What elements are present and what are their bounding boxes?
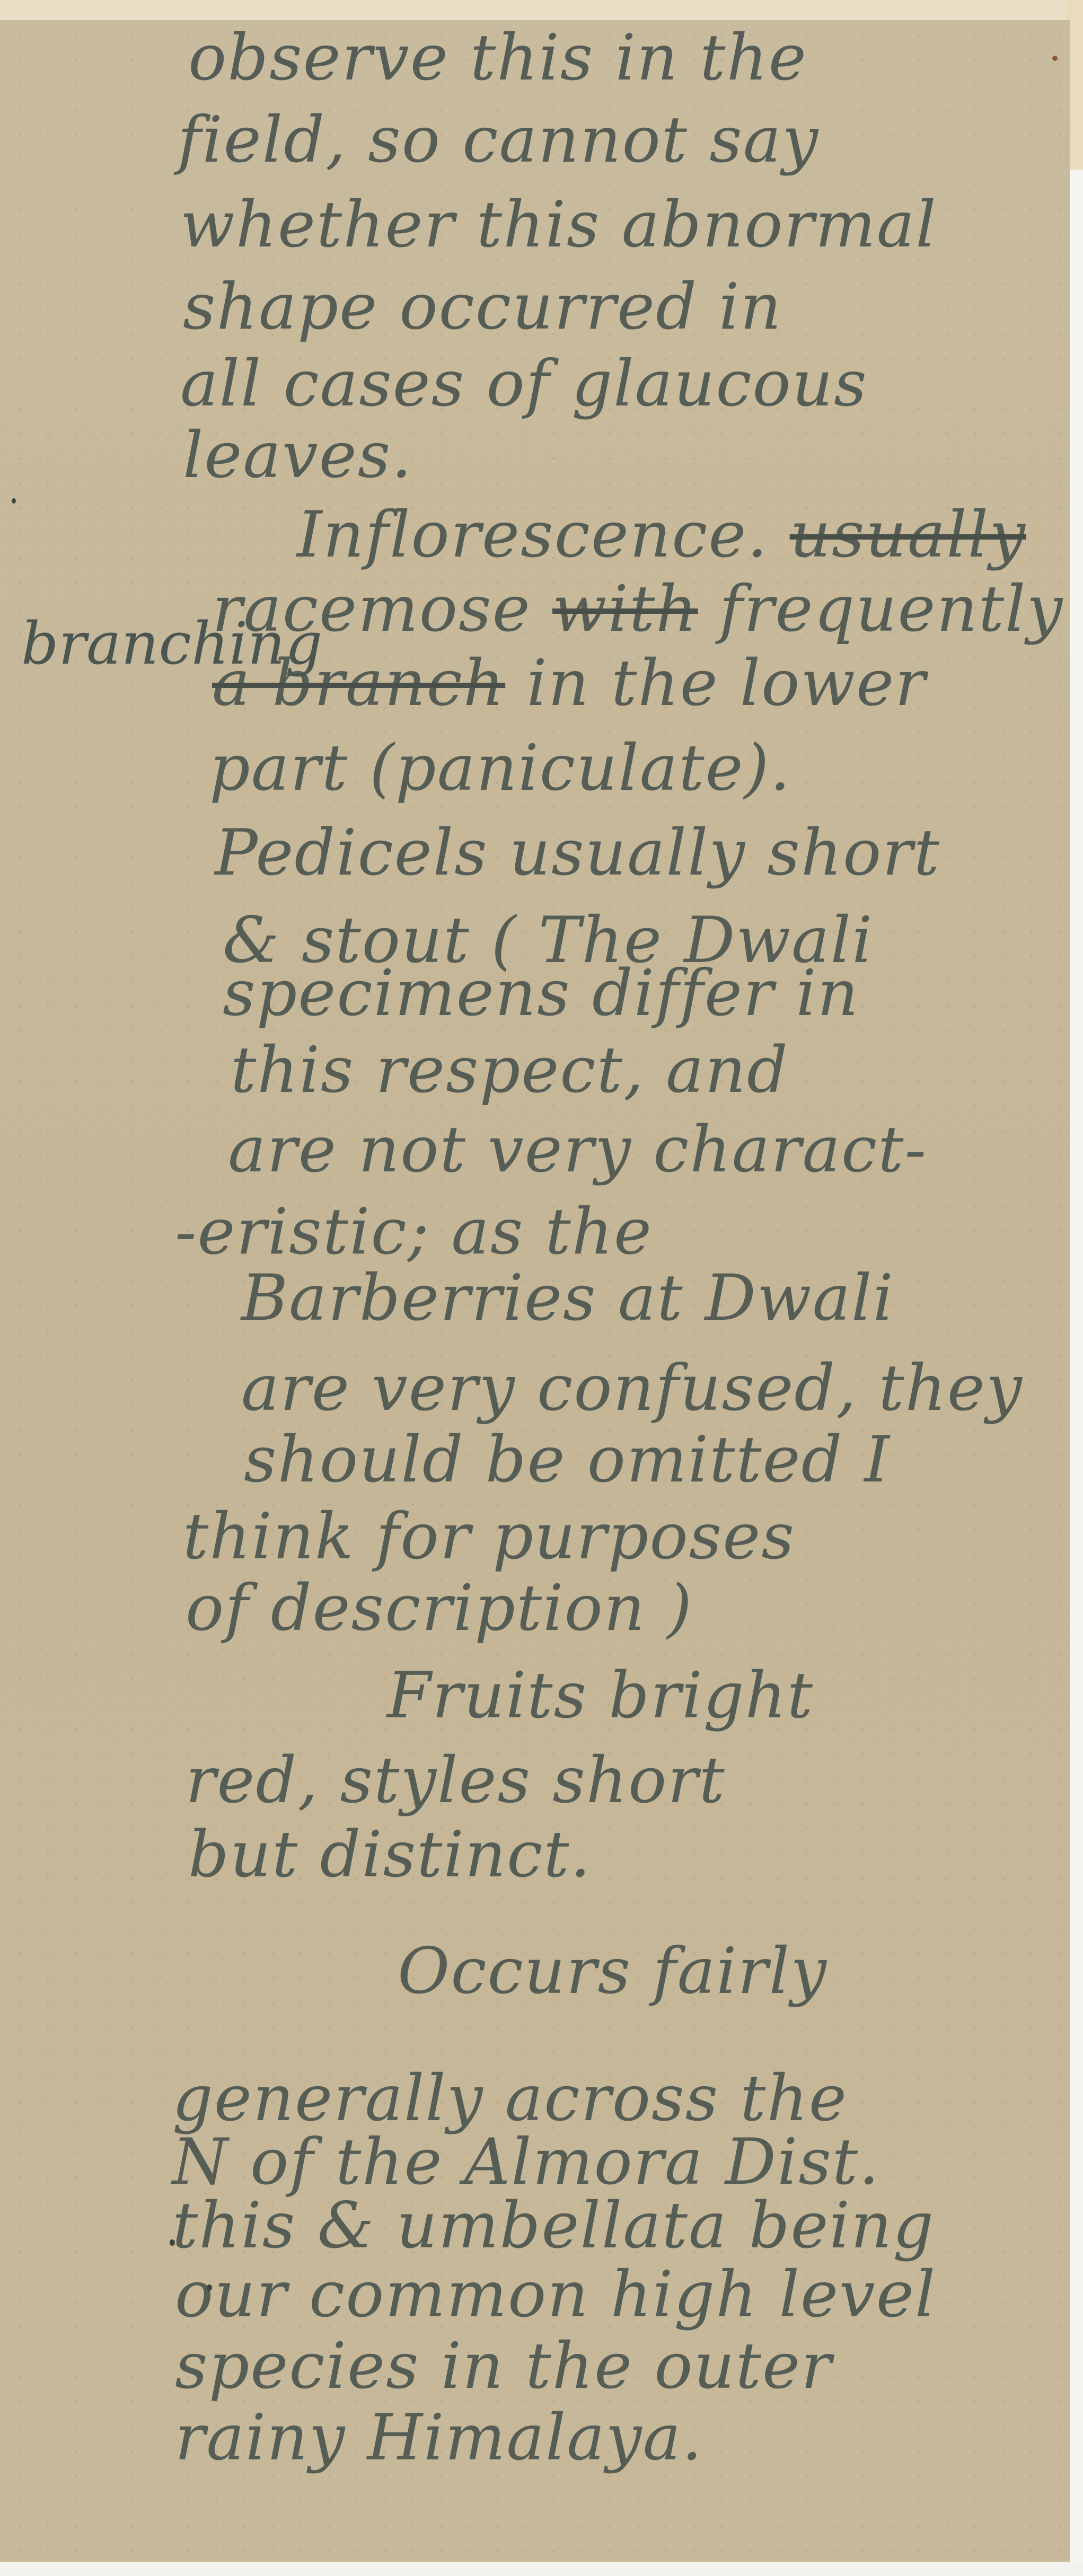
paper-stain bbox=[1052, 56, 1058, 61]
struck-word: with bbox=[552, 572, 698, 646]
manuscript-line: field, so cannot say bbox=[178, 109, 819, 172]
manuscript-word: frequently bbox=[698, 572, 1064, 646]
ink-speck bbox=[207, 2284, 212, 2291]
manuscript-line: -eristic; as the bbox=[175, 1201, 653, 1264]
ink-speck bbox=[12, 498, 16, 504]
manuscript-line: Occurs fairly bbox=[398, 1940, 827, 2004]
manuscript-line: all cases of glaucous bbox=[180, 352, 868, 416]
right-margin bbox=[1070, 170, 1083, 2576]
manuscript-word: Inflorescence. bbox=[297, 498, 790, 572]
manuscript-line: species in the outer bbox=[175, 2335, 832, 2398]
manuscript-line: leaves. bbox=[183, 424, 412, 488]
manuscript-line: Fruits bright bbox=[387, 1664, 814, 1728]
manuscript-line: N of the Almora Dist. bbox=[172, 2131, 880, 2194]
manuscript-line: observe this in the bbox=[188, 27, 807, 90]
manuscript-line: shape occurred in bbox=[183, 276, 782, 339]
manuscript-line: Inflorescence. usually bbox=[297, 504, 1026, 567]
manuscript-line: this & umbellata being bbox=[172, 2194, 935, 2258]
manuscript-line: generally across the bbox=[172, 2067, 848, 2131]
manuscript-line: this respect, and bbox=[231, 1039, 789, 1102]
manuscript-line: specimens differ in bbox=[223, 962, 859, 1026]
manuscript-word: in the lower bbox=[505, 647, 926, 720]
manuscript-line: Barberries at Dwali bbox=[241, 1267, 894, 1330]
struck-word: usually bbox=[790, 498, 1026, 572]
manuscript-line: but distinct. bbox=[188, 1823, 592, 1887]
manuscript-line: are very confused, they bbox=[241, 1357, 1023, 1421]
manuscript-line: should be omitted I bbox=[244, 1428, 891, 1492]
manuscript-line: of description ) bbox=[186, 1577, 693, 1640]
manuscript-line: Pedicels usually short bbox=[215, 822, 940, 885]
manuscript-line: a branch in the lower bbox=[212, 652, 927, 716]
manuscript-line: racemose with frequently bbox=[212, 578, 1063, 641]
manuscript-line: are not very charact- bbox=[228, 1118, 927, 1182]
manuscript-line: rainy Himalaya. bbox=[175, 2406, 703, 2470]
manuscript-line: red, styles short bbox=[186, 1749, 726, 1813]
manuscript-line: our common high level bbox=[175, 2263, 936, 2327]
manuscript-line: part (paniculate). bbox=[209, 737, 791, 800]
ink-speck bbox=[170, 2239, 175, 2246]
manuscript-text: observe this in the field, so cannot say… bbox=[0, 0, 1070, 2576]
manuscript-line: think for purposes bbox=[183, 1505, 795, 1569]
manuscript-line: whether this abnormal bbox=[180, 193, 937, 257]
struck-word: a branch bbox=[212, 647, 505, 720]
